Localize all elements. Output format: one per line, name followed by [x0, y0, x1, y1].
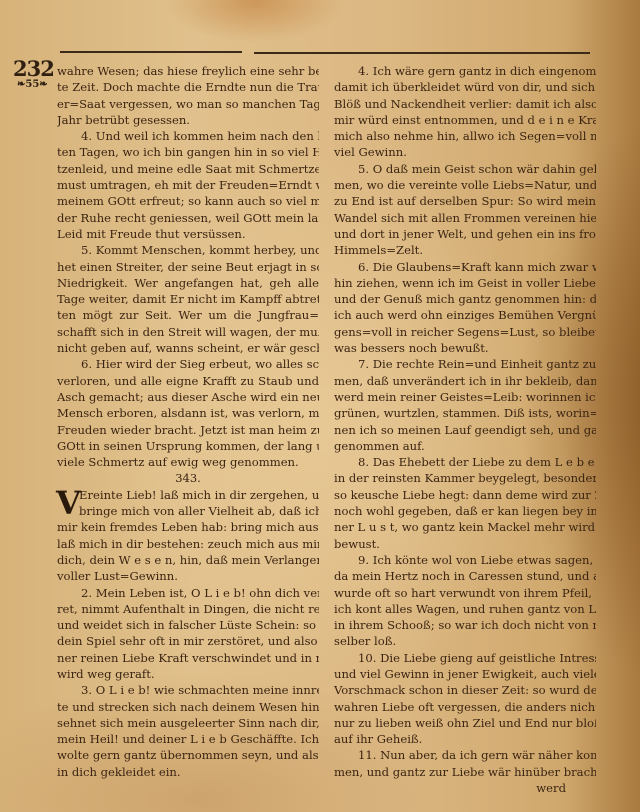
text-line: ten Tagen, wo ich bin gangen hin in so v… — [57, 144, 319, 160]
text-line: ner L u s t, wo gantz kein Mackel mehr w… — [334, 519, 596, 535]
header-rule-left — [60, 51, 242, 53]
text-line: und der Genuß mich gantz genommen hin: d… — [334, 291, 596, 307]
text-line: auf ihr Geheiß. — [334, 731, 596, 747]
text-line: wolte gern gantz übernommen seyn, und al… — [57, 747, 319, 763]
hymn-343-stanza-10: 10. Die Liebe gieng auf geistliche Intre… — [334, 650, 596, 748]
scanned-page: 232 ❧55❧ wahre Wesen; das hiese freylich… — [0, 0, 640, 812]
text-line: sehnet sich mein ausgeleerter Sinn nach … — [57, 715, 319, 731]
text-line: selber loß. — [334, 633, 596, 649]
hymn-342-stanza-3-end: wahre Wesen; das hiese freylich eine seh… — [57, 63, 319, 128]
text-line: nur zu lieben weiß ohn Ziel und End nur … — [334, 715, 596, 731]
text-line: dein Spiel sehr oft in mir zerstöret, un… — [57, 633, 319, 649]
text-line: zu End ist auf derselben Spur: So wird m… — [334, 193, 596, 209]
text-line: voller Lust=Gewinn. — [57, 568, 319, 584]
hymn-343-stanza-5: 5. O daß mein Geist schon wär dahin geko… — [334, 161, 596, 259]
text-line: Asch gemacht; aus dieser Asche wird ein … — [57, 389, 319, 405]
text-line: damit ich überkleidet würd von dir, und … — [334, 79, 596, 95]
hymn-343-stanza-4: 4. Ich wäre gern gantz in dich eingenomm… — [334, 63, 596, 161]
text-line: schafft sich in den Streit will wagen, d… — [57, 324, 319, 340]
text-line: Niedrigkeit. Wer angefangen hat, geh all… — [57, 275, 319, 291]
header-rule-right — [254, 52, 590, 54]
text-line: ich kont alles Wagen, und ruhen gantz vo… — [334, 601, 596, 617]
text-line: 7. Die rechte Rein=und Einheit gantz zus… — [334, 356, 596, 372]
text-line: 5. O daß mein Geist schon wär dahin geko… — [334, 161, 596, 177]
text-line: Tage weiter, damit Er nicht im Kampff ab… — [57, 291, 319, 307]
hymn-343-stanza-1: V Ereinte Lieb! laß mich in dir zergehen… — [57, 487, 319, 585]
text-line: GOtt in seinen Ursprung kommen, der lang… — [57, 438, 319, 454]
text-line: Mensch erboren, alsdann ist, was verlorn… — [57, 405, 319, 421]
text-line: men, wo die vereinte volle Liebs=Natur, … — [334, 177, 596, 193]
text-line: 4. Ich wäre gern gantz in dich eingenomm… — [334, 63, 596, 79]
text-line: wahre Wesen; das hiese freylich eine seh… — [57, 63, 319, 79]
text-line: mich also nehme hin, allwo ich Segen=vol… — [334, 128, 596, 144]
hymn-343-stanza-2: 2. Mein Leben ist, O L i e b! ohn dich v… — [57, 585, 319, 683]
text-line: bewust. — [334, 536, 596, 552]
text-line: wird weg geraft. — [57, 666, 319, 682]
signature-mark: ❧55❧ — [17, 79, 48, 90]
text-line: must umtragen, eh mit der Freuden=Erndt … — [57, 177, 319, 193]
text-line: nicht geben auf, wanns scheint, er wär g… — [57, 340, 319, 356]
text-line: hin ziehen, wenn ich im Geist in voller … — [334, 275, 596, 291]
text-line: noch wohl gegeben, daß er kan liegen bey… — [334, 503, 596, 519]
text-line: viel Gewinn. — [334, 144, 596, 160]
text-line: 6. Hier wird der Sieg erbeut, wo alles s… — [57, 356, 319, 372]
text-line: ret, nimmt Aufenthalt in Dingen, die nic… — [57, 601, 319, 617]
text-line: tzenleid, und meine edle Saat mit Schmer… — [57, 161, 319, 177]
text-line: in dich gekleidet ein. — [57, 764, 319, 780]
hymn-343-stanza-7: 7. Die rechte Rein=und Einheit gantz zus… — [334, 356, 596, 454]
hymn-number: 343. — [57, 470, 319, 486]
hymn-343-stanza-8: 8. Das Ehebett der Liebe zu dem L e b e … — [334, 454, 596, 552]
text-line: Freuden wieder bracht. Jetzt ist man hei… — [57, 422, 319, 438]
text-line: laß mich in dir bestehen: zeuch mich aus… — [57, 536, 319, 552]
text-line: genommen auf. — [334, 438, 596, 454]
text-line: ner reinen Liebe Kraft verschwindet und … — [57, 650, 319, 666]
text-line: so keusche Liebe hegt: dann deme wird zu… — [334, 487, 596, 503]
text-line: 5. Kommt Menschen, kommt herbey, und se= — [57, 242, 319, 258]
text-line: meinem GOtt erfreut; so kann auch so vie… — [57, 193, 319, 209]
text-line: mir würd einst entnommen, und d e i n e … — [334, 112, 596, 128]
text-line: Leid mit Freude thut versüssen. — [57, 226, 319, 242]
text-line: Vorschmack schon in dieser Zeit: so wurd… — [334, 682, 596, 698]
text-line: 3. O L i e b! wie schmachten meine innre… — [57, 682, 319, 698]
hymn-343-stanza-3: 3. O L i e b! wie schmachten meine innre… — [57, 682, 319, 780]
right-column: 4. Ich wäre gern gantz in dich eingenomm… — [334, 63, 596, 796]
text-line: und dort in jener Welt, und gehen ein in… — [334, 226, 596, 242]
text-line: Himmels=Zelt. — [334, 242, 596, 258]
text-line: in ihrem Schooß; so war ich doch nicht v… — [334, 617, 596, 633]
hymn-342-stanza-6: 6. Hier wird der Sieg erbeut, wo alles s… — [57, 356, 319, 470]
text-line: 11. Nun aber, da ich gern wär näher kom= — [334, 747, 596, 763]
catchword: werd — [334, 780, 596, 796]
text-line: werd mein reiner Geistes=Leib: worinnen … — [334, 389, 596, 405]
hymn-343-stanza-9: 9. Ich könte wol von Liebe etwas sagen, … — [334, 552, 596, 650]
text-line: ten mögt zur Seit. Wer um die Jungfrau= — [57, 307, 319, 323]
text-line: nen ich so meinen Lauf geendigt seh, und… — [334, 422, 596, 438]
text-line: gens=voll in reicher Segens=Lust, so ble… — [334, 324, 596, 340]
text-line: te Zeit. Doch machte die Erndte nun die … — [57, 79, 319, 95]
text-line: 6. Die Glaubens=Kraft kann mich zwar woh… — [334, 259, 596, 275]
text-line: 4. Und weil ich kommen heim nach den bet… — [57, 128, 319, 144]
text-line: het einen Streiter, der seine Beut erjag… — [57, 259, 319, 275]
text-line: Blöß und Nackendheit verlier: damit ich … — [334, 96, 596, 112]
text-line: Wandel sich mit allen Frommen vereinen h… — [334, 210, 596, 226]
text-line: in der reinsten Kammer beygelegt, besond… — [334, 470, 596, 486]
text-line: Jahr betrübt gesessen. — [57, 112, 319, 128]
text-line: viele Schmertz auf ewig weg genommen. — [57, 454, 319, 470]
text-line: da mein Hertz noch in Caressen stund, un… — [334, 568, 596, 584]
text-line: te und strecken sich nach deinem Wesen h… — [57, 699, 319, 715]
text-line: 8. Das Ehebett der Liebe zu dem L e b e … — [334, 454, 596, 470]
text-line: 10. Die Liebe gieng auf geistliche Intre… — [334, 650, 596, 666]
text-line: wurde oft so hart verwundt von ihrem Pfe… — [334, 585, 596, 601]
text-line: und viel Gewinn in jener Ewigkeit, auch … — [334, 666, 596, 682]
text-line: was bessers noch bewußt. — [334, 340, 596, 356]
drop-cap: V — [56, 488, 81, 518]
hymn-342-stanza-4: 4. Und weil ich kommen heim nach den bet… — [57, 128, 319, 242]
text-line: men, und gantz zur Liebe wär hinüber bra… — [334, 764, 596, 780]
hymn-342-stanza-5: 5. Kommt Menschen, kommt herbey, und se=… — [57, 242, 319, 356]
page-number: 232 — [13, 56, 54, 81]
text-line: dich, dein W e s e n, hin, daß mein Verl… — [57, 552, 319, 568]
hymn-343-stanza-11: 11. Nun aber, da ich gern wär näher kom=… — [334, 747, 596, 780]
text-line: mein Heil! und deiner L i e b Geschäffte… — [57, 731, 319, 747]
hymn-343-stanza-6: 6. Die Glaubens=Kraft kann mich zwar woh… — [334, 259, 596, 357]
text-line: men, daß unverändert ich in ihr bekleib,… — [334, 373, 596, 389]
text-line: er=Saat vergessen, wo man so manchen Tag… — [57, 96, 319, 112]
text-line: ich auch werd ohn einziges Bemühen Vergn… — [334, 307, 596, 323]
text-line: und weidet sich in falscher Lüste Schein… — [57, 617, 319, 633]
text-line: wahren Liebe oft vergessen, die anders n… — [334, 699, 596, 715]
text-line: verloren, und alle eigne Krafft zu Staub… — [57, 373, 319, 389]
text-line: 2. Mein Leben ist, O L i e b! ohn dich v… — [57, 585, 319, 601]
left-column: wahre Wesen; das hiese freylich eine seh… — [57, 63, 319, 780]
text-line: grünen, wurtzlen, stammen. Diß ists, wor… — [334, 405, 596, 421]
text-line: bringe mich von aller Vielheit ab, daß i… — [57, 503, 319, 519]
text-line: mir kein fremdes Leben hab: bring mich a… — [57, 519, 319, 535]
text-line: der Ruhe recht geniessen, weil GOtt mein… — [57, 210, 319, 226]
text-line: 9. Ich könte wol von Liebe etwas sagen, … — [334, 552, 596, 568]
text-line: Ereinte Lieb! laß mich in dir zergehen, … — [57, 487, 319, 503]
